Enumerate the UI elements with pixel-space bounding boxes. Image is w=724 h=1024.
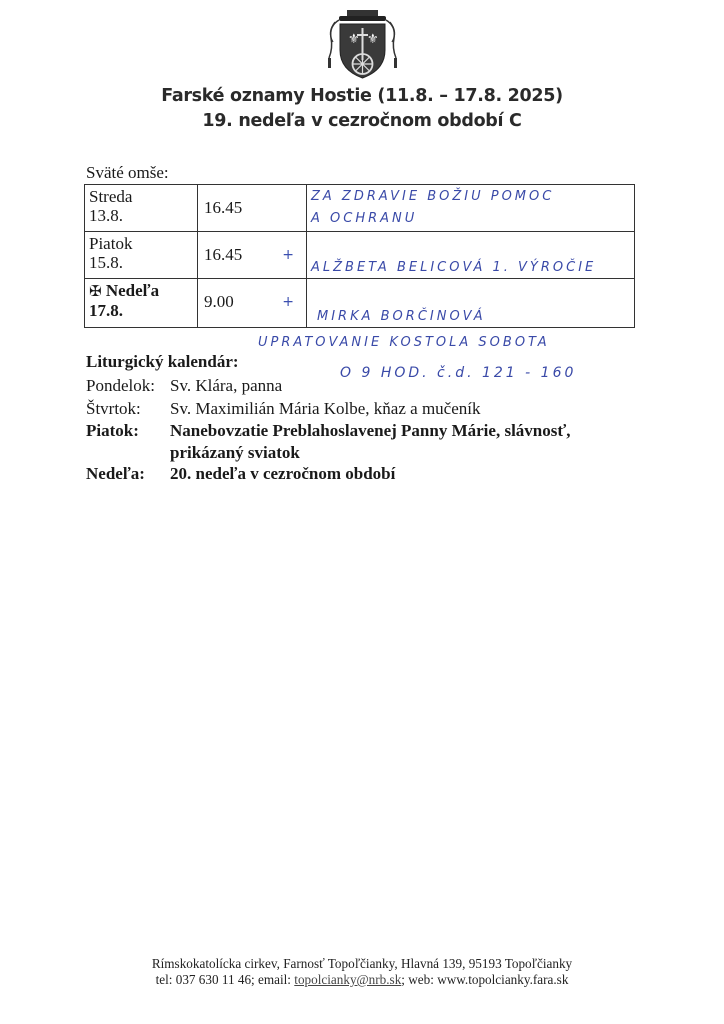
calendar-entry: Štvrtok:Sv. Maximilián Mária Kolbe, kňaz…: [86, 399, 480, 419]
footer-contact: tel: 037 630 11 46; email: topolcianky@n…: [0, 972, 724, 988]
announcement-title: Farské oznamy Hostie (11.8. – 17.8. 2025…: [0, 86, 724, 106]
day-cell: Piatok 15.8.: [85, 232, 198, 279]
intention-line: ZA ZDRAVIE BOŽIU POMOC: [311, 189, 554, 204]
time-cell: 9.00 +: [198, 279, 307, 328]
calendar-entry: Pondelok:Sv. Klára, panna: [86, 376, 282, 396]
svg-text:⚜: ⚜: [367, 32, 379, 47]
intention-cell: ZA ZDRAVIE BOŽIU POMOC A OCHRANU: [307, 185, 635, 232]
calendar-heading: Liturgický kalendár:: [86, 352, 239, 372]
table-row: Piatok 15.8. 16.45 + ALŽBETA BELICOVÁ 1.…: [85, 232, 635, 279]
mass-time: 16.45: [204, 198, 242, 218]
calendar-text: Sv. Klára, panna: [170, 376, 282, 396]
day-cell: Streda 13.8.: [85, 185, 198, 232]
calendar-day: Piatok:: [86, 421, 170, 441]
calendar-entry: Piatok:Nanebovzatie Preblahoslavenej Pan…: [86, 421, 570, 441]
calendar-text: Nanebovzatie Preblahoslavenej Panny Mári…: [170, 421, 570, 441]
day-name: Streda: [89, 187, 132, 206]
calendar-text: 20. nedeľa v cezročnom období: [170, 464, 395, 484]
time-cell: 16.45 +: [198, 232, 307, 279]
handwritten-note: UPRATOVANIE KOSTOLA SOBOTA: [258, 335, 550, 350]
masses-heading: Sväté omše:: [86, 163, 169, 183]
day-name: Nedeľa: [106, 281, 159, 300]
table-row: Streda 13.8. 16.45 ZA ZDRAVIE BOŽIU POMO…: [85, 185, 635, 232]
intention-line: MIRKA BORČINOVÁ: [317, 309, 486, 324]
day-date: 13.8.: [89, 206, 123, 225]
intention-line: ALŽBETA BELICOVÁ 1. VÝROČIE: [311, 260, 596, 275]
calendar-day: Nedeľa:: [86, 464, 170, 484]
footer-phone: tel: 037 630 11 46; email:: [156, 972, 295, 987]
intention-cell: MIRKA BORČINOVÁ: [307, 279, 635, 328]
deceased-mark: +: [282, 294, 294, 310]
day-date: 15.8.: [89, 253, 123, 272]
time-cell: 16.45: [198, 185, 307, 232]
handwritten-note: O 9 HOD. č.d. 121 - 160: [340, 365, 576, 381]
calendar-text: Sv. Maximilián Mária Kolbe, kňaz a mučen…: [170, 399, 480, 419]
calendar-text: prikázaný sviatok: [170, 443, 300, 463]
mass-time: 9.00: [204, 292, 234, 312]
table-row: ✠ Nedeľa 17.8. 9.00 + MIRKA BORČINOVÁ: [85, 279, 635, 328]
calendar-entry-continuation: prikázaný sviatok: [86, 443, 300, 463]
calendar-entry: Nedeľa:20. nedeľa v cezročnom období: [86, 464, 395, 484]
footer-web: ; web: www.topolcianky.fara.sk: [401, 972, 568, 987]
deceased-mark: +: [282, 247, 294, 263]
maltese-cross-icon: ✠: [89, 282, 102, 300]
masses-table: Streda 13.8. 16.45 ZA ZDRAVIE BOŽIU POMO…: [84, 184, 635, 328]
calendar-day: Pondelok:: [86, 376, 170, 396]
intention-line: A OCHRANU: [311, 211, 417, 226]
announcement-subtitle: 19. nedeľa v cezročnom období C: [0, 111, 724, 131]
footer-address: Rímskokatolícka cirkev, Farnosť Topoľčia…: [0, 956, 724, 972]
mass-time: 16.45: [204, 245, 242, 265]
day-date: 17.8.: [89, 301, 123, 320]
parish-coat-of-arms-icon: ⚜ ⚜: [325, 8, 400, 80]
day-cell: ✠ Nedeľa 17.8.: [85, 279, 198, 328]
day-name: Piatok: [89, 234, 132, 253]
email-link[interactable]: topolcianky@nrb.sk: [294, 972, 401, 987]
intention-cell: ALŽBETA BELICOVÁ 1. VÝROČIE: [307, 232, 635, 279]
calendar-day: Štvrtok:: [86, 399, 170, 419]
